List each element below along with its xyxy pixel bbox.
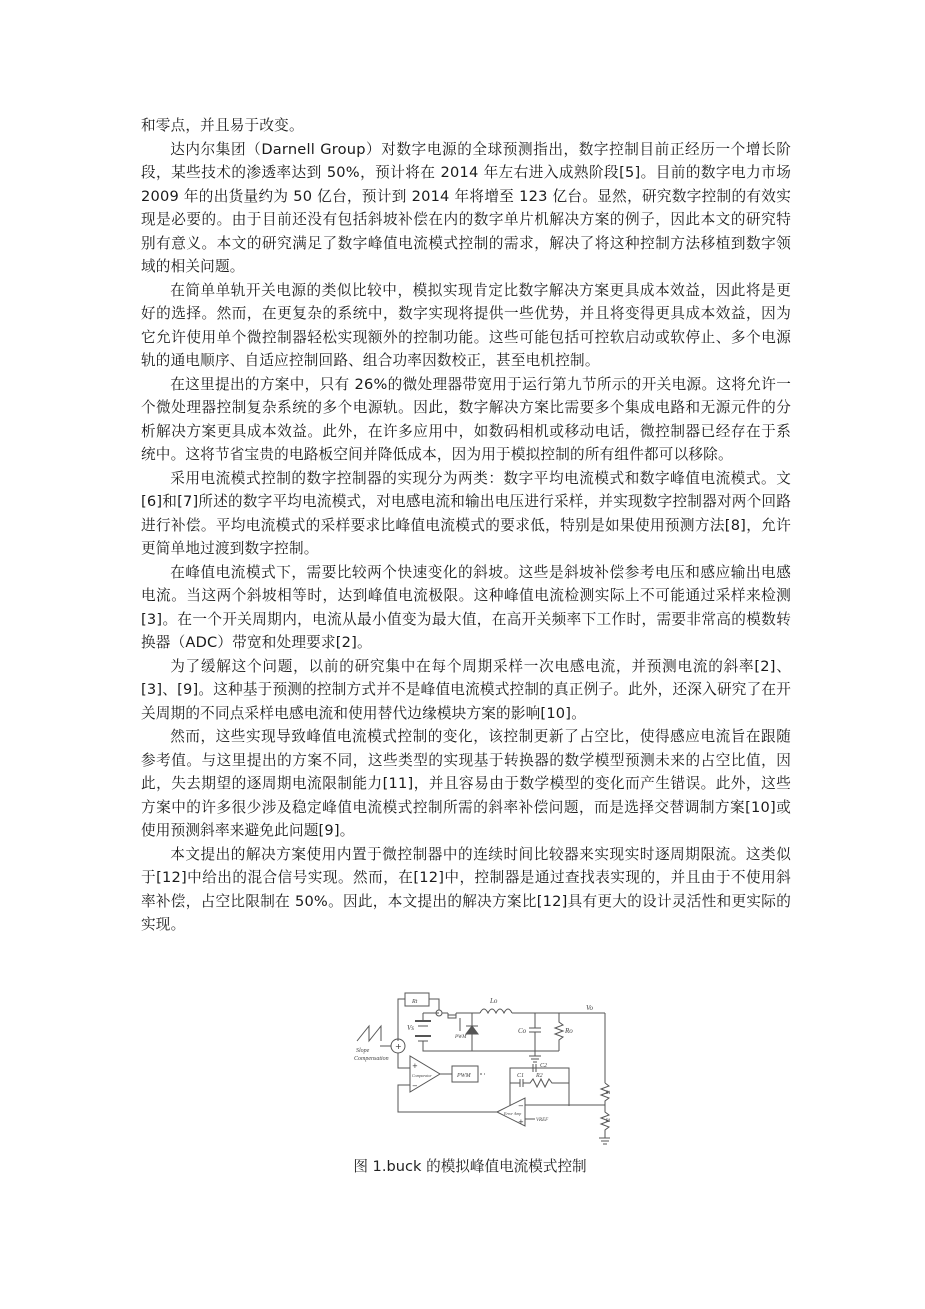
label-pwm-block: PWM xyxy=(456,1073,472,1079)
label-ro: Ro xyxy=(564,1027,573,1035)
label-slope: Slope xyxy=(356,1048,370,1054)
label-rb: Rb xyxy=(604,1119,610,1124)
paragraph: 达内尔集团（Darnell Group）对数字电源的全球预测指出，数字控制目前正… xyxy=(141,138,791,279)
label-lo: Lo xyxy=(489,997,498,1005)
label-r2: R2 xyxy=(535,1073,543,1079)
label-compensation: Compensation xyxy=(354,1056,389,1062)
label-rt: Rt xyxy=(411,999,418,1005)
label-vref: VREF xyxy=(536,1118,549,1123)
paragraph: 和零点，并且易于改变。 xyxy=(141,114,791,138)
label-co: Co xyxy=(518,1027,527,1035)
paragraph: 在简单单轨开关电源的类似比较中，模拟实现肯定比数字解决方案更具成本效益，因此将是… xyxy=(141,279,791,373)
label-pwm-gate: PWM xyxy=(454,1035,467,1040)
body-text: 和零点，并且易于改变。 达内尔集团（Darnell Group）对数字电源的全球… xyxy=(141,114,791,937)
label-comparator: Comparator xyxy=(412,1073,432,1078)
junction-plus: + xyxy=(395,1042,402,1051)
comparator-minus: − xyxy=(412,1082,418,1090)
paragraph: 在峰值电流模式下，需要比较两个快速变化的斜坡。这些是斜坡补偿参考电压和感应输出电… xyxy=(141,561,791,655)
label-r1: R1 xyxy=(604,1091,610,1096)
label-vs: Vs xyxy=(407,1024,414,1032)
erroramp-plus: + xyxy=(518,1118,524,1126)
label-vo: Vo xyxy=(586,1004,594,1012)
label-c1: C1 xyxy=(517,1073,524,1079)
buck-peak-current-mode-circuit: Rt Vs PWM Lo Co Ro Vo Slope Compensation… xyxy=(352,988,610,1150)
document-page: 和零点，并且易于改变。 达内尔集团（Darnell Group）对数字电源的全球… xyxy=(0,0,925,1309)
paragraph: 为了缓解这个问题，以前的研究集中在每个周期采样一次电感电流，并预测电流的斜率[2… xyxy=(141,655,791,726)
label-c2: C2 xyxy=(540,1063,547,1069)
paragraph: 本文提出的解决方案使用内置于微控制器中的连续时间比较器来实现实时逐周期限流。这类… xyxy=(141,843,791,937)
paragraph: 采用电流模式控制的数字控制器的实现分为两类：数字平均电流模式和数字峰值电流模式。… xyxy=(141,467,791,561)
paragraph: 然而，这些实现导致峰值电流模式控制的变化，该控制更新了占空比，使得感应电流旨在跟… xyxy=(141,725,791,843)
comparator-plus: + xyxy=(412,1062,418,1070)
erroramp-minus: − xyxy=(518,1102,524,1110)
label-error-amp: Error Amp xyxy=(503,1111,521,1116)
paragraph: 在这里提出的方案中，只有 26%的微处理器带宽用于运行第九节所示的开关电源。这将… xyxy=(141,373,791,467)
circuit-diagram-figure: Rt Vs PWM Lo Co Ro Vo Slope Compensation… xyxy=(352,988,610,1150)
figure-caption: 图 1.buck 的模拟峰值电流模式控制 xyxy=(300,1155,640,1176)
